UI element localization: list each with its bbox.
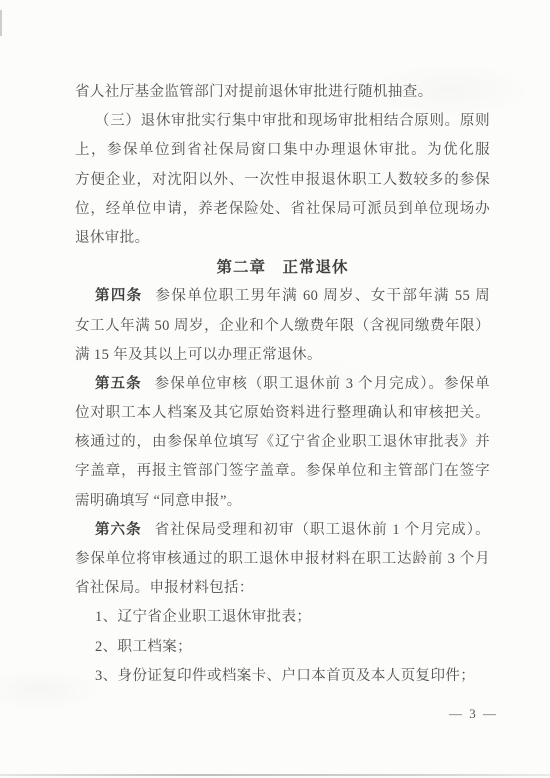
line-text: 参保单位审核（职工退休前 3 个月完成）。参保单 xyxy=(155,376,490,392)
document-line: 第四条参保单位职工男年满 60 周岁、女干部年满 55 周岁、 xyxy=(75,282,490,311)
article-number: 第四条 xyxy=(95,288,143,304)
document-body: 省人社厅基金监管部门对提前退休审批进行随机抽查。（三）退休审批实行集中审批和现场… xyxy=(75,78,490,691)
document-line: 满 15 年及其以上可以办理正常退休。 xyxy=(75,341,490,370)
document-line: 第六条省社保局受理和初审（职工退休前 1 个月完成）。 xyxy=(75,516,490,545)
line-text: 参保单位职工男年满 60 周岁、女干部年满 55 周岁、 xyxy=(95,288,490,311)
scanned-page: 省人社厅基金监管部门对提前退休审批进行随机抽查。（三）退休审批实行集中审批和现场… xyxy=(0,0,550,778)
document-line: 第五条参保单位审核（职工退休前 3 个月完成）。参保单 xyxy=(75,370,490,399)
document-line: 退休审批。 xyxy=(75,224,490,253)
document-line: 3、身份证复印件或档案卡、户口本首页及本人页复印件； xyxy=(75,662,490,691)
document-line: 核通过的，由参保单位填写《辽宁省企业职工退休审批表》并签 xyxy=(75,428,490,457)
document-line: 上，参保单位到省社保局窗口集中办理退休审批。为优化服务， xyxy=(75,136,490,165)
document-line: 方便企业，对沈阳以外、一次性申报退休职工人数较多的参保单 xyxy=(75,166,490,195)
document-line: 参保单位将审核通过的职工退休申报材料在职工达龄前 3 个月报 xyxy=(75,545,490,574)
document-line: 1、辽宁省企业职工退休审批表； xyxy=(75,603,490,632)
document-line: 2、职工档案； xyxy=(75,633,490,662)
document-line: 字盖章，再报主管部门签字盖章。参保单位和主管部门在签字时 xyxy=(75,457,490,486)
chapter-heading: 第二章 正常退休 xyxy=(75,253,490,282)
document-line: 位对职工本人档案及其它原始资料进行整理确认和审核把关。审 xyxy=(75,399,490,428)
line-text: 省社保局受理和初审（职工退休前 1 个月完成）。 xyxy=(155,522,490,538)
document-line: 女工人年满 50 周岁，企业和个人缴费年限（含视同缴费年限） xyxy=(75,312,490,341)
document-line: 省社保局。申报材料包括： xyxy=(75,574,490,603)
page-number: — 3 — xyxy=(449,706,498,722)
document-line: （三）退休审批实行集中审批和现场审批相结合原则。原则 xyxy=(75,107,490,136)
scan-edge-bottom xyxy=(0,774,550,776)
document-line: 需明确填写 “同意申报”。 xyxy=(75,487,490,516)
document-line: 位，经单位申请，养老保险处、省社保局可派员到单位现场办理 xyxy=(75,195,490,224)
document-line: 省人社厅基金监管部门对提前退休审批进行随机抽查。 xyxy=(75,78,490,107)
scan-artifact xyxy=(0,10,2,36)
article-number: 第六条 xyxy=(95,522,142,538)
article-number: 第五条 xyxy=(95,376,142,392)
